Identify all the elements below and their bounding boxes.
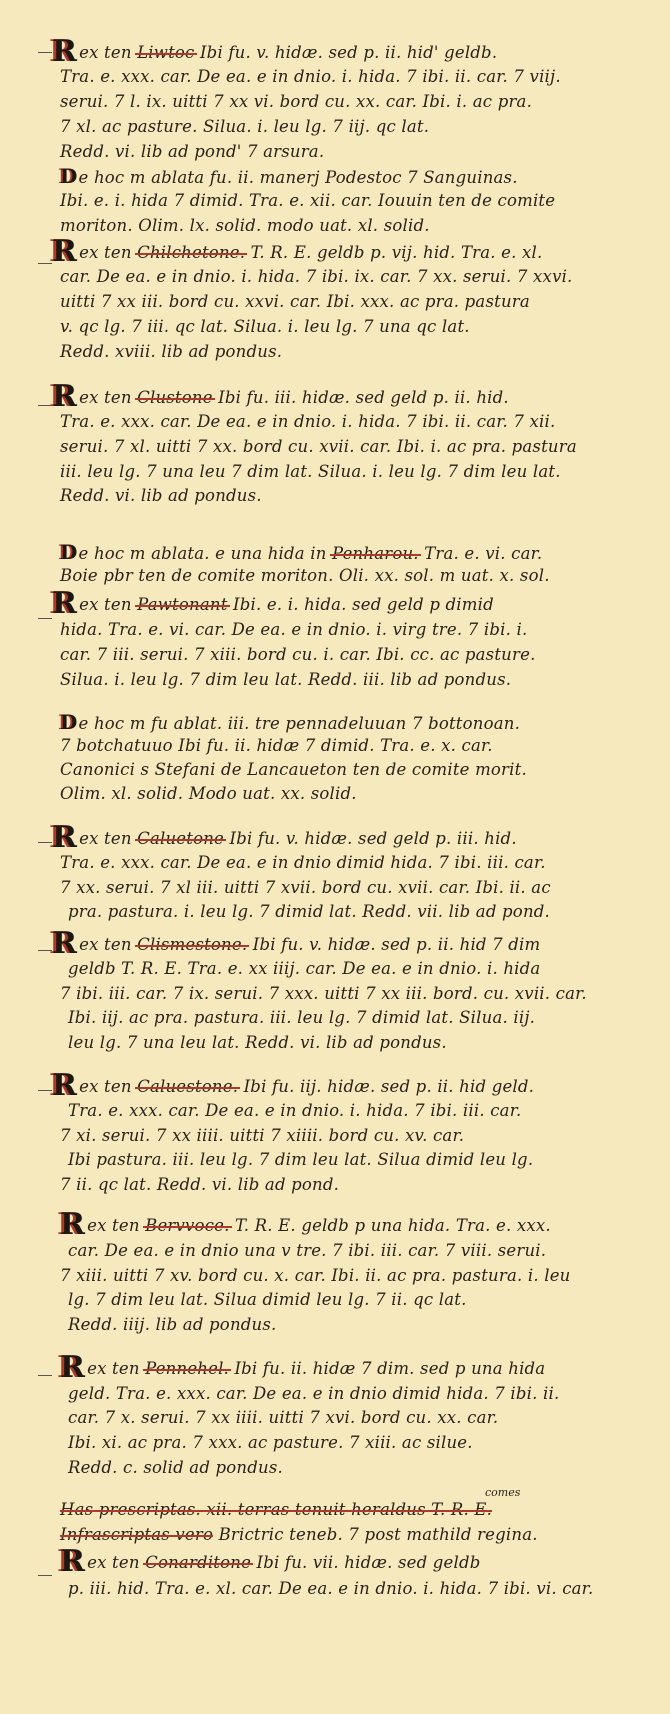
struck-place-name: Clismestone. xyxy=(137,935,247,954)
entry-line: 7 xl. ac pasture. Silua. i. leu lg. 7 ii… xyxy=(60,115,640,139)
entry-line: 7 xi. serui. 7 xx iiii. uitti 7 xiiii. b… xyxy=(60,1124,640,1148)
entry-line: Redd. xviii. lib ad pondus. xyxy=(60,340,640,364)
rubricated-initial: R xyxy=(52,826,77,850)
entry-line: Rex ten Caluetone Ibi fu. v. hidæ. sed g… xyxy=(52,826,632,850)
line-text: ex ten xyxy=(79,43,132,62)
entry-line: Redd. vi. lib ad pond' 7 arsura. xyxy=(60,140,640,164)
rubricated-initial: R xyxy=(60,1550,85,1574)
entry-line: Rex ten Clustone Ibi fu. iii. hidæ. sed … xyxy=(52,385,632,409)
entry-line: Redd. vi. lib ad pondus. xyxy=(60,484,640,508)
entry-line: Boie pbr ten de comite moriton. Oli. xx.… xyxy=(60,564,640,588)
struck-place-name: Caluetone xyxy=(137,829,224,848)
entry-line: 7 xx. serui. 7 xl iii. uitti 7 xvii. bor… xyxy=(60,876,640,900)
entry-line: Olim. xl. solid. Modo uat. xx. solid. xyxy=(60,782,640,806)
margin-ruling xyxy=(38,842,52,843)
line-text: e hoc m ablata fu. ii. manerj Podestoc 7… xyxy=(79,168,518,187)
rubricated-initial: D xyxy=(60,540,78,564)
struck-place-name: Clustone xyxy=(137,388,213,407)
entry-line: Silua. i. leu lg. 7 dim leu lat. Redd. i… xyxy=(60,668,640,692)
entry-line: lg. 7 dim leu lat. Silua dimid leu lg. 7… xyxy=(68,1288,648,1312)
entry-line: Redd. c. solid ad pondus. xyxy=(68,1456,648,1480)
entry-line: car. 7 x. serui. 7 xx iiii. uitti 7 xvi.… xyxy=(68,1406,648,1430)
note-text: Brictric teneb. 7 post mathild regina. xyxy=(219,1525,538,1544)
line-text: ex ten xyxy=(79,829,132,848)
rubricated-initial: R xyxy=(52,932,77,956)
rubricated-initial: R xyxy=(52,240,77,264)
struck-place-name: Chilchetone. xyxy=(137,243,245,262)
entry-line: Ibi pastura. iii. leu lg. 7 dim leu lat.… xyxy=(68,1148,648,1172)
entry-line: 7 xiii. uitti 7 xv. bord cu. x. car. Ibi… xyxy=(60,1264,640,1288)
line-text: ex ten xyxy=(79,243,132,262)
line-text: ex ten xyxy=(87,1359,140,1378)
line-text: Ibi fu. v. hidæ. sed p. ii. hid' geldb. xyxy=(200,43,497,62)
entry-line: Tra. e. xxx. car. De ea. e in dnio. i. h… xyxy=(60,65,640,89)
entry-line: uitti 7 xx iii. bord cu. xxvi. car. Ibi.… xyxy=(60,290,640,314)
entry-line: serui. 7 xl. uitti 7 xx. bord cu. xvii. … xyxy=(60,435,640,459)
margin-ruling xyxy=(38,1090,52,1091)
line-text: Ibi fu. ii. hidæ 7 dim. sed p una hida xyxy=(234,1359,545,1378)
entry-line: Tra. e. xxx. car. De ea. e in dnio. i. h… xyxy=(60,410,640,434)
margin-ruling xyxy=(38,618,52,619)
entry-line: geldb T. R. E. Tra. e. xx iiij. car. De … xyxy=(68,957,648,981)
line-text: T. R. E. geldb p una hida. Tra. e. xxx. xyxy=(235,1216,551,1235)
rubricated-initial: D xyxy=(60,710,78,734)
struck-place-name: Bervvoce. xyxy=(145,1216,229,1235)
line-text: ex ten xyxy=(87,1553,140,1572)
line-text: ex ten xyxy=(79,1077,132,1096)
rubricated-initial: R xyxy=(60,1356,85,1380)
entry-line: Rex ten Liwtoc Ibi fu. v. hidæ. sed p. i… xyxy=(52,40,632,64)
margin-ruling xyxy=(38,263,52,264)
entry-line: Rex ten Pennehel. Ibi fu. ii. hidæ 7 dim… xyxy=(60,1356,640,1380)
margin-ruling xyxy=(38,405,52,406)
struck-place-name: Penharou. xyxy=(332,544,419,563)
entry-line: serui. 7 l. ix. uitti 7 xx vi. bord cu. … xyxy=(60,90,640,114)
entry-line: car. De ea. e in dnio una v tre. 7 ibi. … xyxy=(68,1239,648,1263)
line-text: Ibi. e. i. hida. sed geld p dimid xyxy=(233,595,494,614)
rubricated-initial: R xyxy=(52,40,77,64)
entry-line: De hoc m ablata fu. ii. manerj Podestoc … xyxy=(60,164,640,188)
struck-note-text: Infrascriptas vero xyxy=(60,1525,213,1544)
entry-line: leu lg. 7 una leu lat. Redd. vi. lib ad … xyxy=(68,1031,648,1055)
entry-line: Rex ten Chilchetone. T. R. E. geldb p. v… xyxy=(52,240,632,264)
entry-line: car. De ea. e in dnio. i. hida. 7 ibi. i… xyxy=(60,265,640,289)
margin-ruling xyxy=(38,1375,52,1376)
line-text: ex ten xyxy=(79,595,132,614)
line-text: Ibi fu. v. hidæ. sed p. ii. hid 7 dim xyxy=(253,935,541,954)
line-text: Ibi fu. iii. hidæ. sed geld p. ii. hid. xyxy=(218,388,509,407)
struck-place-name: Conarditone xyxy=(145,1553,251,1572)
line-text: e hoc m fu ablat. iii. tre pennadeluuan … xyxy=(79,714,521,733)
line-text: Tra. e. vi. car. xyxy=(424,544,542,563)
struck-note-text: Has prescriptas. xii. terras tenuit hera… xyxy=(60,1500,492,1519)
entry-line: geld. Tra. e. xxx. car. De ea. e in dnio… xyxy=(68,1382,648,1406)
entry-line: moriton. Olim. lx. solid. modo uat. xl. … xyxy=(60,214,640,238)
entry-line: car. 7 iii. serui. 7 xiii. bord cu. i. c… xyxy=(60,643,640,667)
margin-ruling xyxy=(38,950,52,951)
entry-line: pra. pastura. i. leu lg. 7 dimid lat. Re… xyxy=(68,900,648,924)
entry-line: 7 ii. qc lat. Redd. vi. lib ad pond. xyxy=(60,1173,640,1197)
entry-line: hida. Tra. e. vi. car. De ea. e in dnio.… xyxy=(60,618,640,642)
line-text: T. R. E. geldb p. vij. hid. Tra. e. xl. xyxy=(251,243,543,262)
entry-line: p. iii. hid. Tra. e. xl. car. De ea. e i… xyxy=(68,1577,648,1601)
entry-line: Rex ten Pawtonant Ibi. e. i. hida. sed g… xyxy=(52,592,632,616)
entry-line: Ibi. e. i. hida 7 dimid. Tra. e. xii. ca… xyxy=(60,189,640,213)
entry-line: iii. leu lg. 7 una leu 7 dim lat. Silua.… xyxy=(60,460,640,484)
line-text: Ibi fu. iij. hidæ. sed p. ii. hid geld. xyxy=(244,1077,535,1096)
entry-line: Redd. iiij. lib ad pondus. xyxy=(68,1313,648,1337)
struck-place-name: Pawtonant xyxy=(137,595,227,614)
line-text: ex ten xyxy=(79,935,132,954)
entry-line: 7 ibi. iii. car. 7 ix. serui. 7 xxx. uit… xyxy=(60,982,640,1006)
entry-line: Tra. e. xxx. car. De ea. e in dnio. i. h… xyxy=(68,1099,648,1123)
struck-place-name: Liwtoc xyxy=(137,43,194,62)
struck-note-line: Infrascriptas vero Brictric teneb. 7 pos… xyxy=(60,1523,640,1547)
rubricated-initial: R xyxy=(60,1213,85,1237)
entry-line: Rex ten Bervvoce. T. R. E. geldb p una h… xyxy=(60,1213,640,1237)
rubricated-initial: D xyxy=(60,164,78,188)
entry-line: Canonici s Stefani de Lancaueton ten de … xyxy=(60,758,640,782)
entry-line: Ibi. xi. ac pra. 7 xxx. ac pasture. 7 xi… xyxy=(68,1431,648,1455)
line-text: Ibi fu. v. hidæ. sed geld p. iii. hid. xyxy=(229,829,516,848)
entry-line: Tra. e. xxx. car. De ea. e in dnio dimid… xyxy=(60,851,640,875)
line-text: ex ten xyxy=(87,1216,140,1235)
entry-line: 7 botchatuuo Ibi fu. ii. hidæ 7 dimid. T… xyxy=(60,734,640,758)
rubricated-initial: R xyxy=(52,1074,77,1098)
line-text: e hoc m ablata. e una hida in xyxy=(79,544,327,563)
margin-ruling xyxy=(38,52,52,53)
struck-place-name: Pennehel. xyxy=(145,1359,229,1378)
entry-line: Rex ten Conarditone Ibi fu. vii. hidæ. s… xyxy=(60,1550,640,1574)
entry-line: Rex ten Caluestone. Ibi fu. iij. hidæ. s… xyxy=(52,1074,632,1098)
margin-ruling xyxy=(38,1575,52,1576)
rubricated-initial: R xyxy=(52,385,77,409)
manuscript-page: Rex ten Liwtoc Ibi fu. v. hidæ. sed p. i… xyxy=(0,0,670,1714)
line-text: ex ten xyxy=(79,388,132,407)
struck-place-name: Caluestone. xyxy=(137,1077,238,1096)
struck-note-line: Has prescriptas. xii. terras tenuit hera… xyxy=(60,1498,640,1522)
entry-line: v. qc lg. 7 iii. qc lat. Silua. i. leu l… xyxy=(60,315,640,339)
entry-line: De hoc m fu ablat. iii. tre pennadeluuan… xyxy=(60,710,640,734)
entry-line: Ibi. iij. ac pra. pastura. iii. leu lg. … xyxy=(68,1006,648,1030)
rubricated-initial: R xyxy=(52,592,77,616)
entry-line: De hoc m ablata. e una hida in Penharou.… xyxy=(60,540,640,564)
line-text: Ibi fu. vii. hidæ. sed geldb xyxy=(257,1553,481,1572)
entry-line: Rex ten Clismestone. Ibi fu. v. hidæ. se… xyxy=(52,932,632,956)
